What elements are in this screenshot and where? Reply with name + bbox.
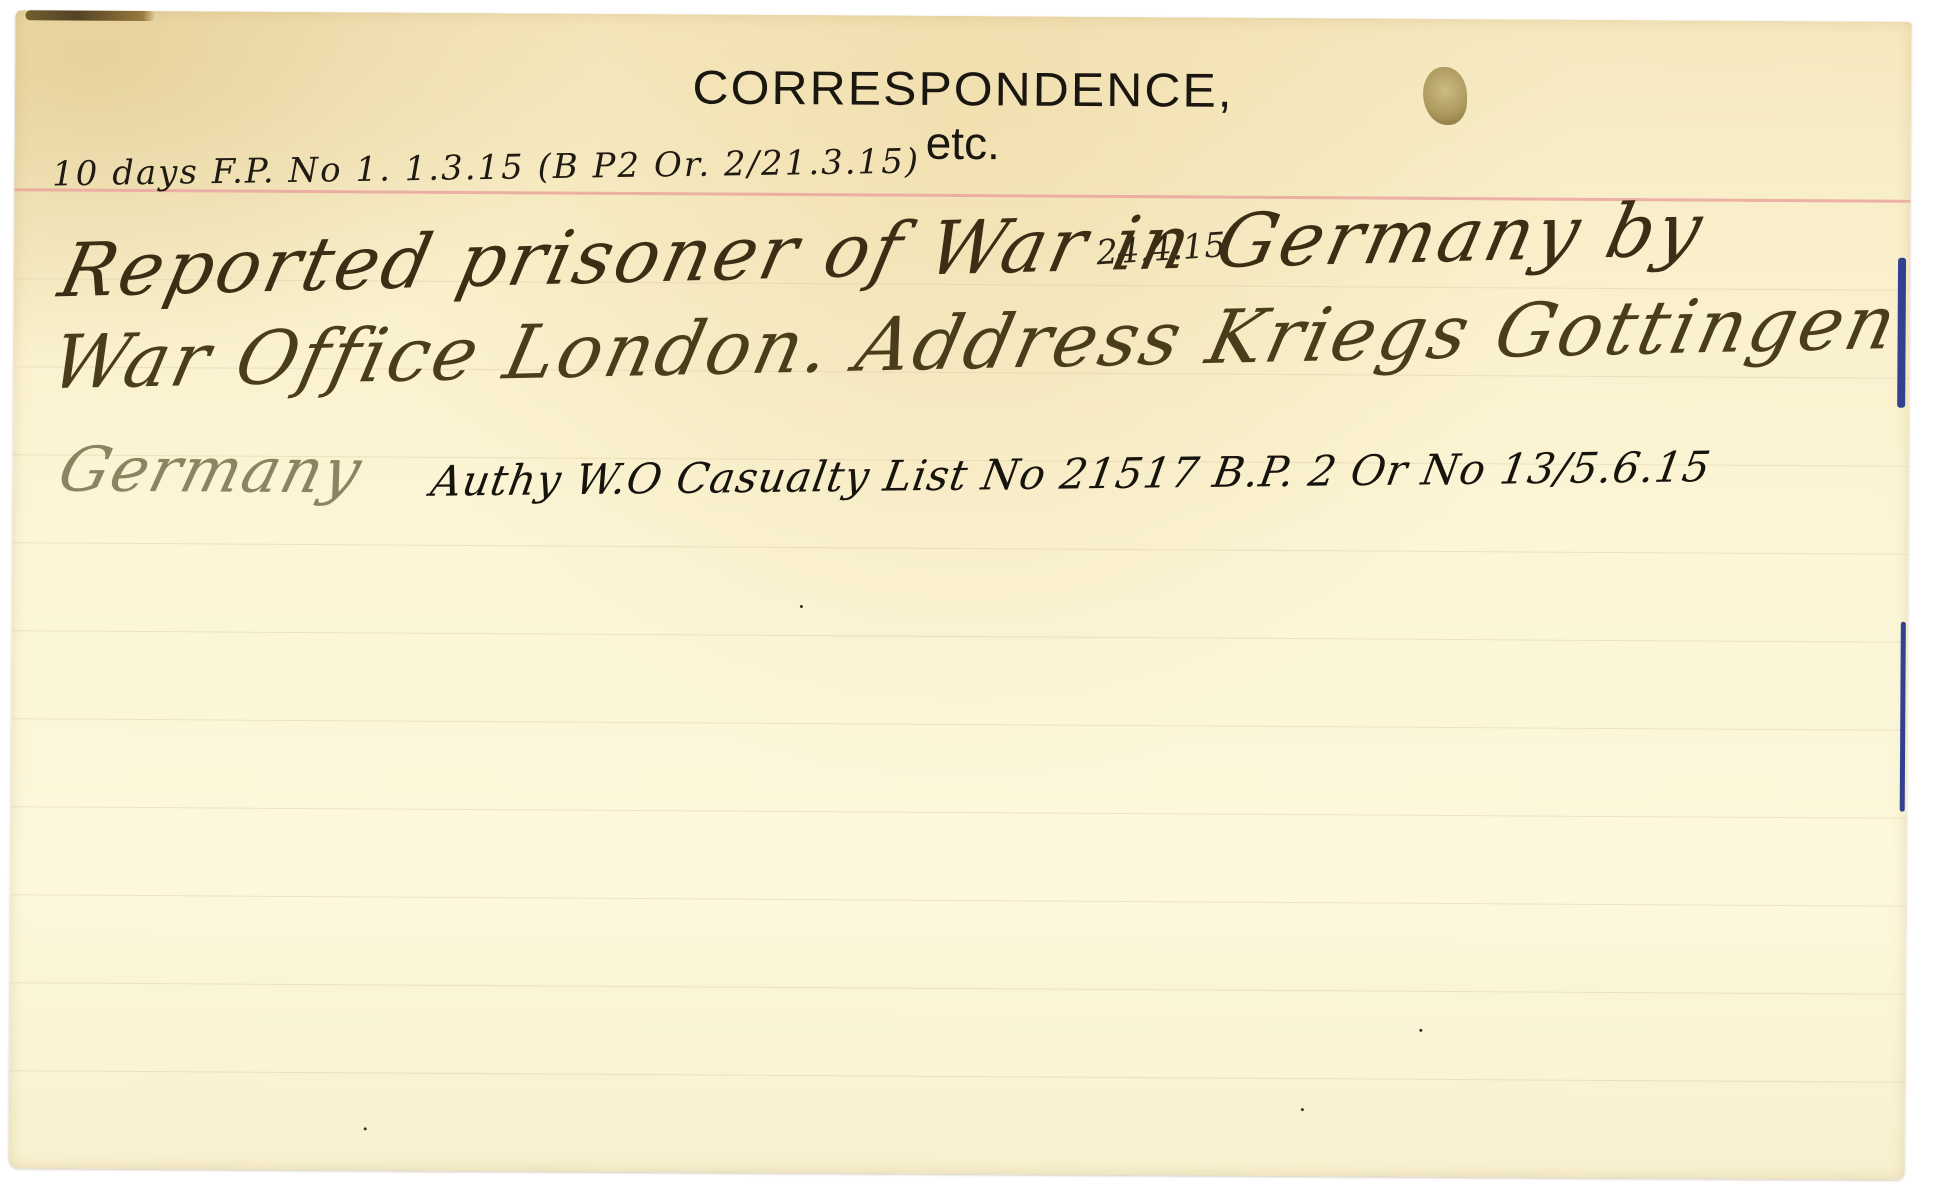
index-card: CORRESPONDENCE, etc. 10 days F.P. No 1. … — [8, 10, 1911, 1180]
paper-speck — [1419, 1029, 1422, 1032]
paper-speck — [1301, 1108, 1304, 1111]
rule-line — [12, 542, 1908, 555]
handwritten-entry-4: Authy W.O Casualty List No 21517 B.P. 2 … — [428, 442, 1715, 506]
rule-line — [10, 894, 1906, 907]
blue-edge-mark — [1900, 622, 1906, 812]
rule-line — [10, 982, 1906, 995]
rule-line — [11, 806, 1907, 819]
blue-edge-mark — [1897, 258, 1906, 408]
rule-line — [11, 718, 1907, 731]
edge-stain — [25, 10, 155, 21]
paper-speck — [800, 605, 803, 608]
rule-line — [12, 630, 1908, 643]
paper-speck — [364, 1127, 367, 1130]
rule-line — [9, 1070, 1905, 1083]
handwritten-entry-4-faded: Germany — [51, 433, 370, 508]
